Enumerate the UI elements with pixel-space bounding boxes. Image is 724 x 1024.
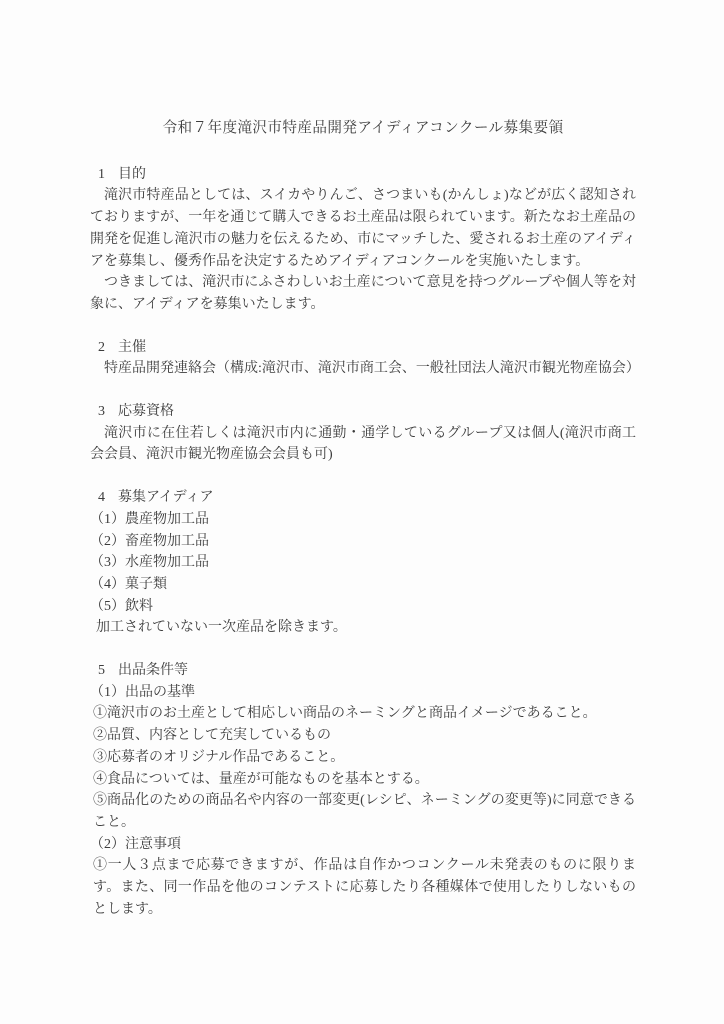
section-number: 5 (98, 660, 105, 682)
sub-item: ①滝沢市のお土産として相応しい商品のネーミングと商品イメージであること。 (93, 703, 636, 725)
list-item: （3）水産物加工品 (90, 552, 636, 574)
section-title: 目的 (118, 167, 146, 182)
sub-item: ③応募者のオリジナル作品であること。 (93, 747, 636, 769)
paragraph: 特産品開発連絡会（構成:滝沢市、滝沢市商工会、一般社団法人滝沢市観光物産協会） (90, 358, 636, 380)
sub-item: ④食品については、量産が可能なものを基本とする。 (93, 769, 636, 791)
section-purpose: 1目的 滝沢市特産品としては、スイカやりんご、さつまいも(かんしょ)などが広く認… (90, 164, 636, 316)
section-title: 応募資格 (118, 404, 174, 419)
section-number: 4 (98, 487, 105, 509)
paragraph: 滝沢市に在住若しくは滝沢市内に通勤・通学しているグループ又は個人(滝沢市商工会会… (90, 423, 636, 466)
section-heading: 3応募資格 (90, 401, 636, 423)
subsection-label: （2）注意事項 (90, 834, 636, 856)
sub-item: ①一人３点まで応募できますが、作品は自作かつコンクール未発表のものに限ります。ま… (93, 855, 636, 920)
section-entry-conditions: 5出品条件等 （1）出品の基準 ①滝沢市のお土産として相応しい商品のネーミングと… (90, 660, 636, 920)
section-idea-categories: 4募集アイディア （1）農産物加工品 （2）畜産物加工品 （3）水産物加工品 （… (90, 487, 636, 639)
section-number: 3 (98, 401, 105, 423)
section-heading: 1目的 (90, 164, 636, 186)
section-heading: 5出品条件等 (90, 660, 636, 682)
sub-item: ②品質、内容として充実しているもの (93, 725, 636, 747)
list-item: （4）菓子類 (90, 574, 636, 596)
document-page: 令和７年度滝沢市特産品開発アイディアコンクール募集要領 1目的 滝沢市特産品とし… (0, 0, 724, 1024)
paragraph: 滝沢市特産品としては、スイカやりんご、さつまいも(かんしょ)などが広く認知されて… (90, 185, 636, 272)
list-item: （5）飲料 (90, 596, 636, 618)
section-title: 募集アイディア (118, 490, 214, 505)
list-item: （1）農産物加工品 (90, 509, 636, 531)
subsection-label: （1）出品の基準 (90, 682, 636, 704)
section-title: 主催 (118, 340, 146, 355)
sub-item: ⑤商品化のための商品名や内容の一部変更(レシピ、ネーミングの変更等)に同意できる… (93, 790, 636, 833)
section-eligibility: 3応募資格 滝沢市に在住若しくは滝沢市内に通勤・通学しているグループ又は個人(滝… (90, 401, 636, 466)
list-item: （2）畜産物加工品 (90, 531, 636, 553)
section-organizer: 2主催 特産品開発連絡会（構成:滝沢市、滝沢市商工会、一般社団法人滝沢市観光物産… (90, 337, 636, 380)
section-title: 出品条件等 (118, 663, 188, 678)
section-heading: 4募集アイディア (90, 487, 636, 509)
document-title: 令和７年度滝沢市特産品開発アイディアコンクール募集要領 (90, 118, 636, 140)
section-number: 2 (98, 337, 105, 359)
section-number: 1 (98, 164, 105, 186)
list-note: 加工されていない一次産品を除きます。 (90, 617, 636, 639)
paragraph: つきましては、滝沢市にふさわしいお土産について意見を持つグループや個人等を対象に… (90, 272, 636, 315)
section-heading: 2主催 (90, 337, 636, 359)
